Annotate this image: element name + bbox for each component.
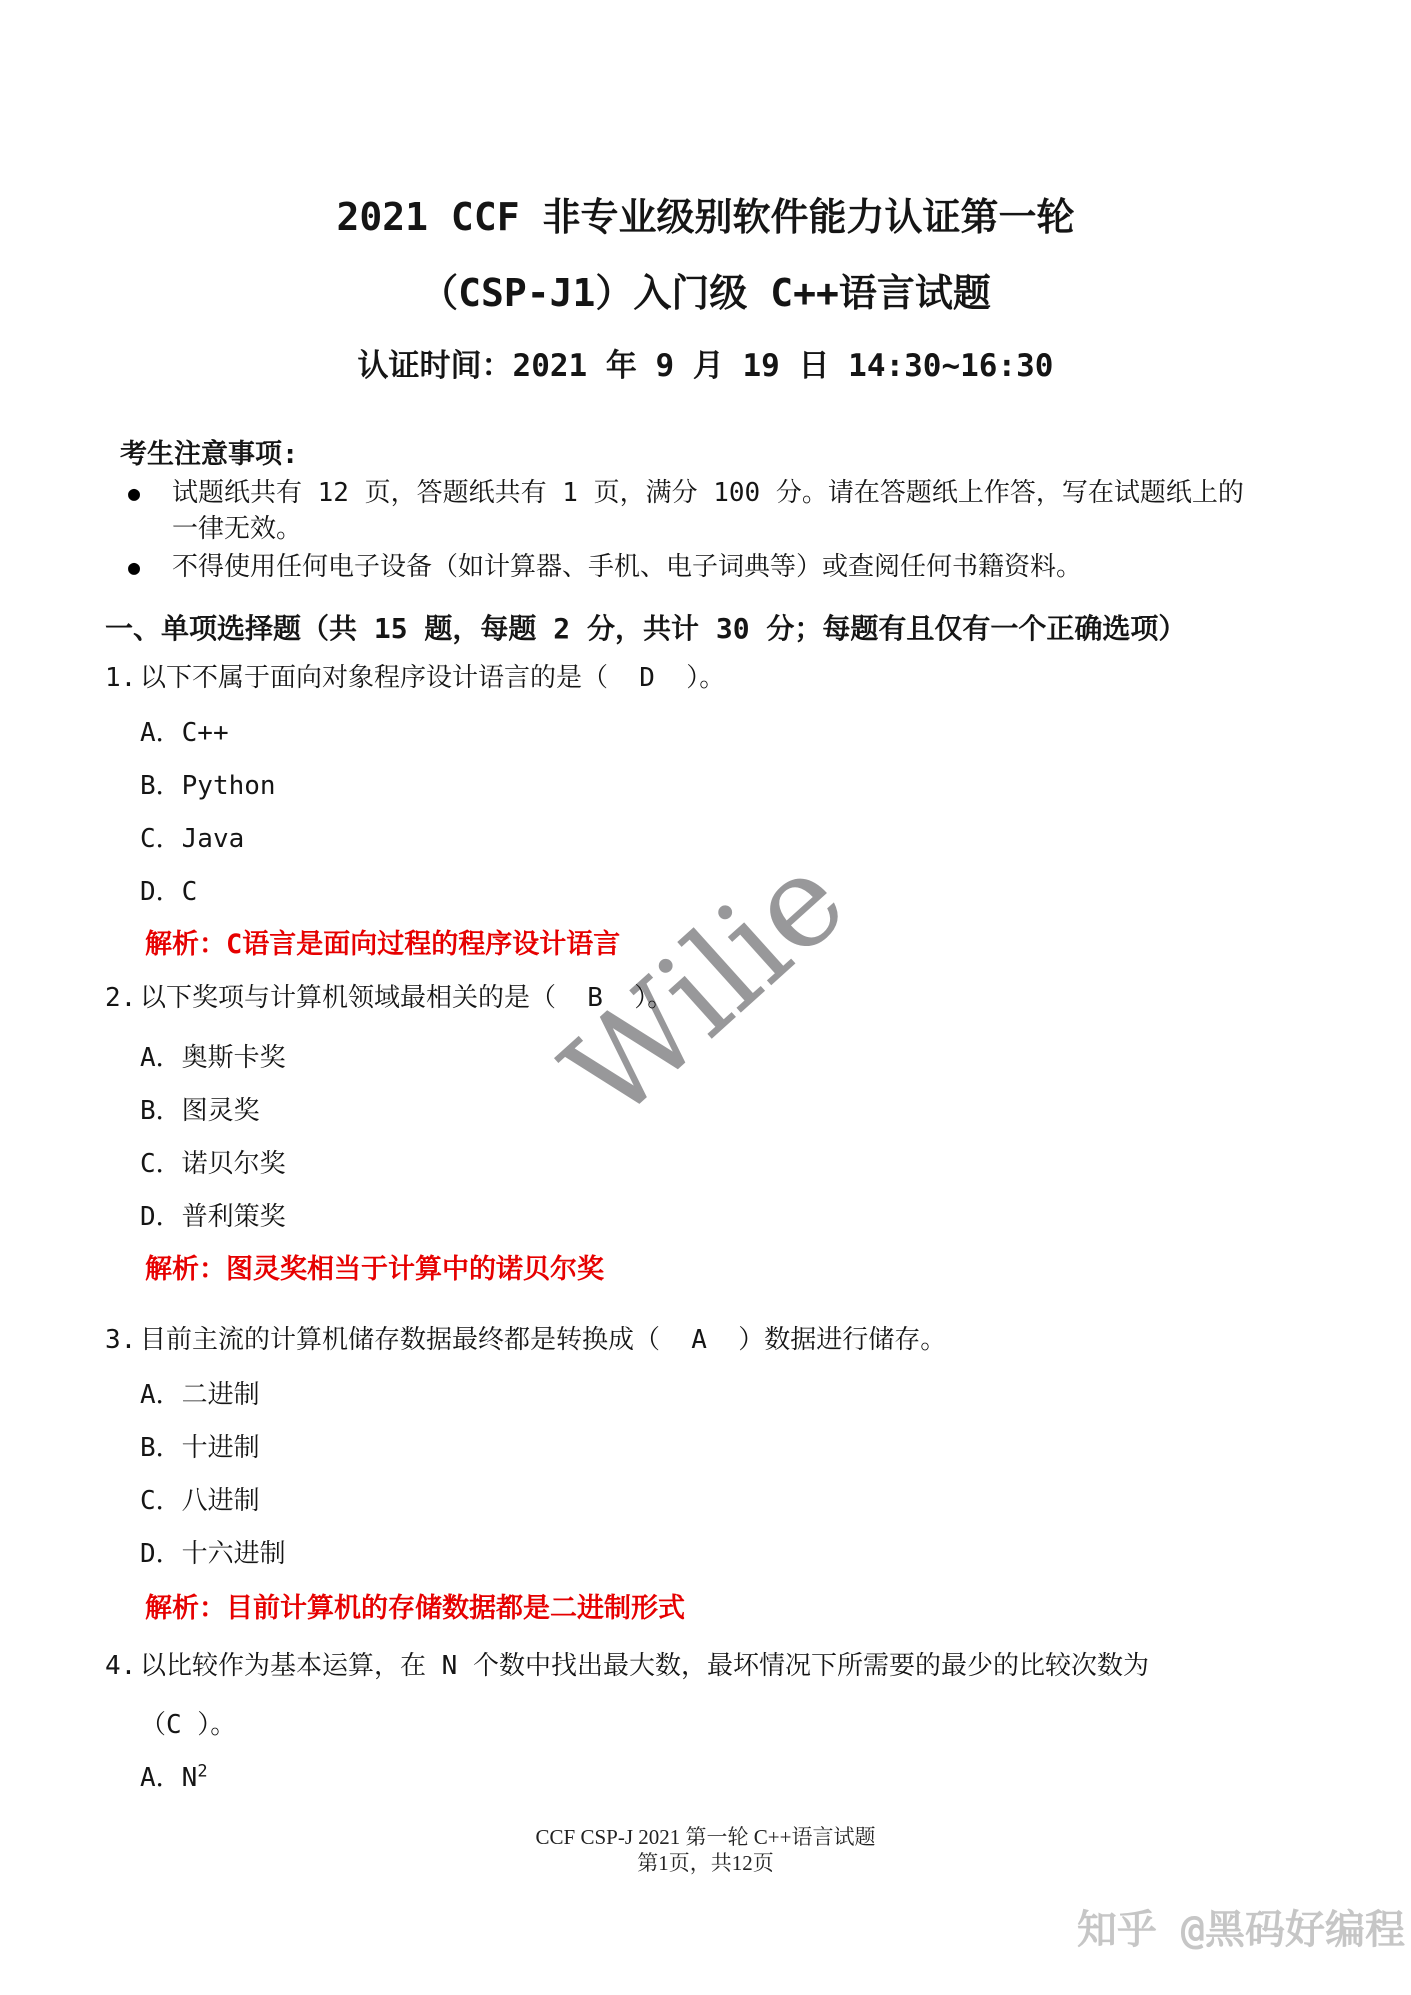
- option-item: A．二进制: [140, 1377, 1361, 1413]
- section-heading: 一、单项选择题（共 15 题，每题 2 分，共计 30 分；每题有且仅有一个正确…: [105, 610, 1371, 648]
- question-stem-text: 以比较作为基本运算，在 N 个数中找出最大数，最坏情况下所需要的最少的比较次数为: [140, 1648, 1149, 1684]
- option-item: D．C: [140, 874, 1361, 910]
- notice-item-1: ● 试题纸共有 12 页，答题纸共有 1 页，满分 100 分。请在答题纸上作答…: [128, 475, 1351, 547]
- notice-item-2: ● 不得使用任何电子设备（如计算器、手机、电子词典等）或查阅任何书籍资料。: [128, 549, 1351, 585]
- analysis-text: 解析：C语言是面向过程的程序设计语言: [145, 926, 1361, 964]
- superscript: 2: [197, 1761, 207, 1781]
- footer-page-number: 第1页，共12页: [0, 1850, 1411, 1876]
- exam-page: Wilie 2021 CCF 非专业级别软件能力认证第一轮 （CSP-J1）入门…: [0, 0, 1411, 1995]
- exam-time: 认证时间：2021 年 9 月 19 日 14:30~16:30: [0, 345, 1411, 387]
- option-item: B．十进制: [140, 1430, 1361, 1466]
- option-item: C．八进制: [140, 1483, 1361, 1519]
- notice-text: 试题纸共有 12 页，答题纸共有 1 页，满分 100 分。请在答题纸上作答，写…: [172, 475, 1244, 547]
- question-stem: 1. 以下不属于面向对象程序设计语言的是（ D ）。: [105, 660, 1361, 696]
- bullet-icon: ●: [128, 475, 172, 511]
- notice-text: 不得使用任何电子设备（如计算器、手机、电子词典等）或查阅任何书籍资料。: [172, 549, 1082, 585]
- question-stem-text: 以下不属于面向对象程序设计语言的是（ D ）。: [140, 660, 725, 696]
- bullet-icon: ●: [128, 549, 172, 585]
- question-block-4: 4. 以比较作为基本运算，在 N 个数中找出最大数，最坏情况下所需要的最少的比较…: [0, 1648, 1411, 1796]
- analysis-text: 解析：图灵奖相当于计算中的诺贝尔奖: [145, 1251, 1361, 1289]
- question-stem-text: 目前主流的计算机储存数据最终都是转换成（ A ）数据进行储存。: [140, 1322, 946, 1358]
- footer-doc-title: CCF CSP-J 2021 第一轮 C++语言试题: [0, 1824, 1411, 1850]
- option-item: C．诺贝尔奖: [140, 1146, 1361, 1182]
- doc-title-line1: 2021 CCF 非专业级别软件能力认证第一轮: [0, 193, 1411, 241]
- option-item: A．C++: [140, 715, 1361, 751]
- option-item: D．普利策奖: [140, 1199, 1361, 1235]
- question-block-1: 1. 以下不属于面向对象程序设计语言的是（ D ）。 A．C++ B．Pytho…: [0, 660, 1411, 964]
- question-block-3: 3. 目前主流的计算机储存数据最终都是转换成（ A ）数据进行储存。 A．二进制…: [0, 1322, 1411, 1628]
- doc-title-line2: （CSP-J1）入门级 C++语言试题: [0, 269, 1411, 317]
- question-stem-answer-line: （C ）。: [140, 1707, 1361, 1743]
- question-number: 4.: [105, 1648, 140, 1684]
- page-footer: CCF CSP-J 2021 第一轮 C++语言试题 第1页，共12页: [0, 1824, 1411, 1876]
- question-number: 2.: [105, 980, 140, 1016]
- question-stem: 4. 以比较作为基本运算，在 N 个数中找出最大数，最坏情况下所需要的最少的比较…: [105, 1648, 1361, 1684]
- question-stem: 3. 目前主流的计算机储存数据最终都是转换成（ A ）数据进行储存。: [105, 1322, 1361, 1358]
- question-number: 1.: [105, 660, 140, 696]
- question-number: 3.: [105, 1322, 140, 1358]
- question-block-2: 2. 以下奖项与计算机领域最相关的是（ B ）。 A．奥斯卡奖 B．图灵奖 C．…: [0, 980, 1411, 1289]
- option-item: C．Java: [140, 821, 1361, 857]
- option-item: B．Python: [140, 768, 1361, 804]
- question-stem-text: 以下奖项与计算机领域最相关的是（ B ）。: [140, 980, 673, 1016]
- option-item: A．N2: [140, 1760, 1361, 1796]
- option-item: B．图灵奖: [140, 1093, 1361, 1129]
- notices-heading: 考生注意事项:: [120, 437, 1411, 473]
- option-item: A．奥斯卡奖: [140, 1040, 1361, 1076]
- analysis-text: 解析：目前计算机的存储数据都是二进制形式: [145, 1590, 1361, 1628]
- question-stem: 2. 以下奖项与计算机领域最相关的是（ B ）。: [105, 980, 1361, 1016]
- zhihu-credit: 知乎 @黑码好编程: [1077, 1906, 1405, 1954]
- option-item: D．十六进制: [140, 1536, 1361, 1572]
